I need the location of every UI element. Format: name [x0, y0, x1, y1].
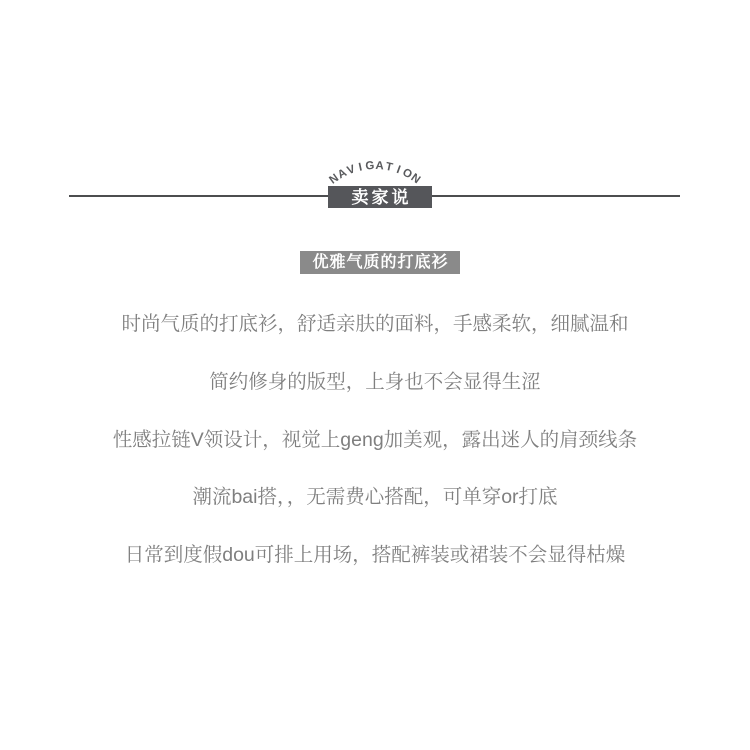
product-title-badge: 优雅气质的打底衫 — [300, 251, 460, 274]
arc-letter: G — [365, 160, 375, 173]
seller-says-badge: 卖家说 — [328, 186, 432, 208]
description-line: 性感拉链V领设计，视觉上geng加美观，露出迷人的肩颈线条 — [0, 424, 750, 452]
product-description: 时尚气质的打底衫，舒适亲肤的面料，手感柔软，细腻温和 简约修身的版型，上身也不会… — [0, 0, 750, 750]
description-line: 时尚气质的打底衫，舒适亲肤的面料，手感柔软，细腻温和 — [0, 308, 750, 336]
arc-letter: A — [375, 160, 385, 173]
description-line: 简约修身的版型，上身也不会显得生涩 — [0, 366, 750, 394]
description-line: 日常到度假dou可排上用场，搭配裤装或裙装不会显得枯燥 — [0, 539, 750, 567]
arc-letter: T — [384, 161, 394, 174]
product-description-page: N A V I G A T I O N 卖家说 优雅气质的打底衫 时尚气质的打底… — [0, 0, 750, 750]
arc-letter: I — [358, 161, 364, 174]
description-line: 潮流bai搭，，无需费心搭配，可单穿or打底 — [0, 481, 750, 509]
